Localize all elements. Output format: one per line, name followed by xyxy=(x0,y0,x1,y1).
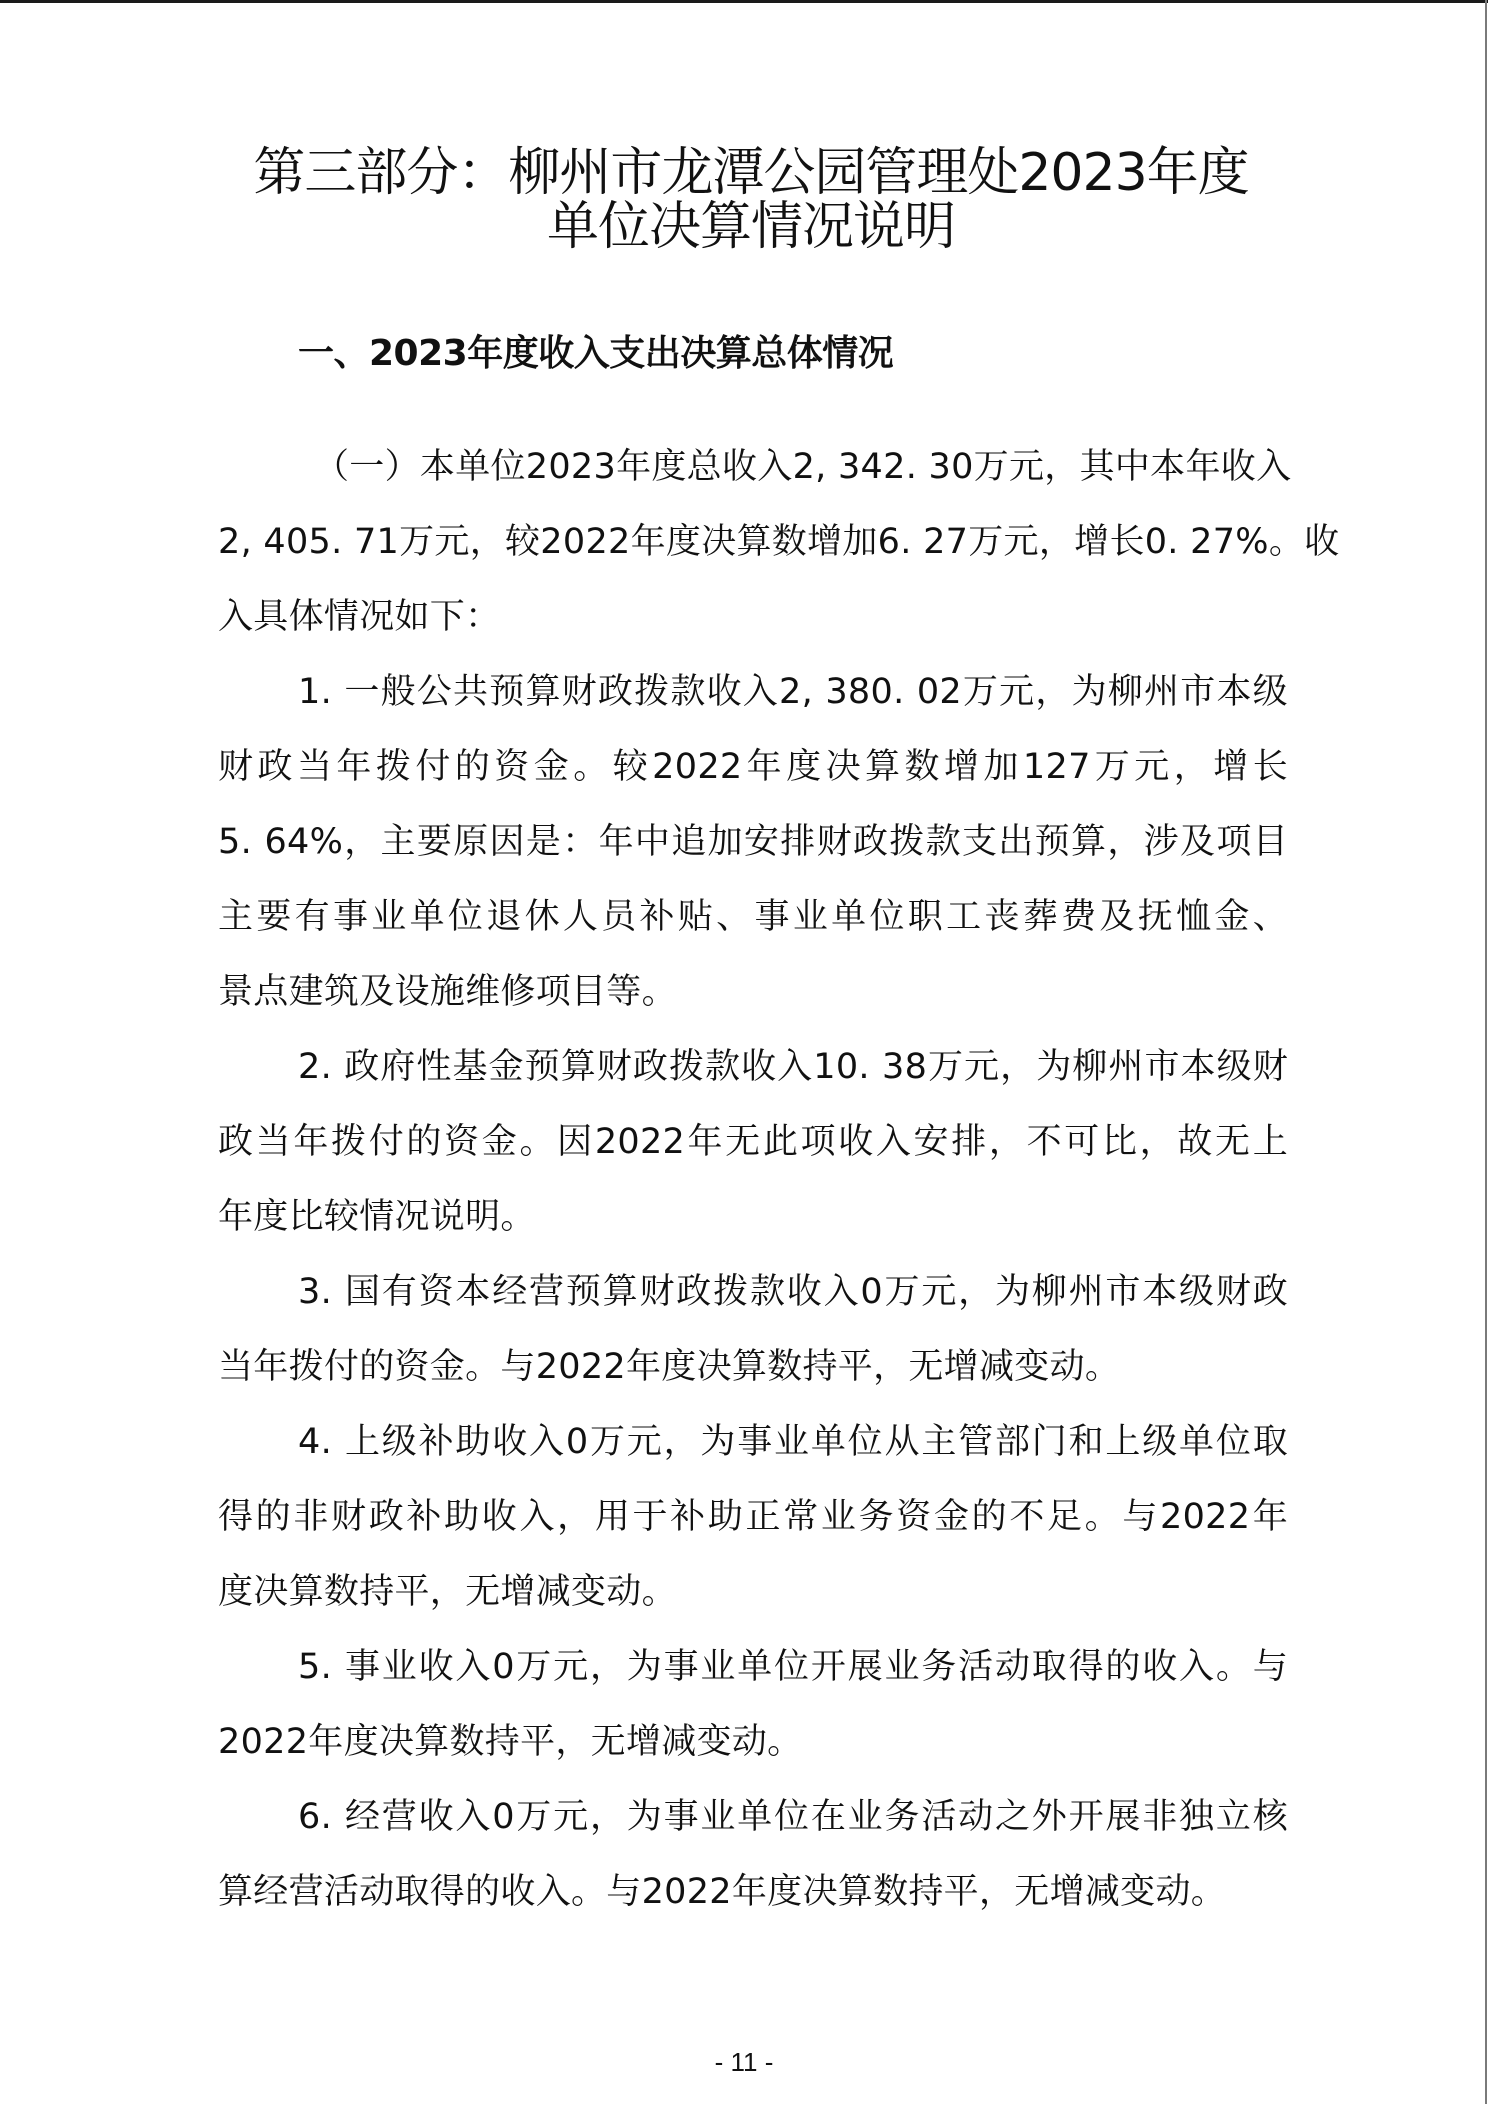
paragraph-line: 财政当年拨付的资金。较2022年度决算数增加127万元，增长 xyxy=(218,730,1288,805)
paragraph-total-income: （一）本单位2023年度总收入2, 342. 30万元，其中本年收入 2, 40… xyxy=(218,430,1288,655)
paragraph-state-capital: 3. 国有资本经营预算财政拨款收入0万元，为柳州市本级财政 当年拨付的资金。与2… xyxy=(218,1255,1288,1405)
paragraph-line: （一）本单位2023年度总收入2, 342. 30万元，其中本年收入 xyxy=(218,430,1288,505)
paragraph-line: 得的非财政补助收入，用于补助正常业务资金的不足。与2022年 xyxy=(218,1480,1288,1555)
paragraph-line: 6. 经营收入0万元，为事业单位在业务活动之外开展非独立核 xyxy=(218,1780,1288,1855)
document-title: 第三部分：柳州市龙潭公园管理处2023年度 单位决算情况说明 xyxy=(200,146,1302,254)
paragraph-line: 年度比较情况说明。 xyxy=(218,1180,1288,1255)
page-top-border xyxy=(0,0,1488,3)
paragraph-line: 算经营活动取得的收入。与2022年度决算数持平，无增减变动。 xyxy=(218,1855,1288,1930)
page-right-border xyxy=(1485,0,1487,2104)
document-title-line-1: 第三部分：柳州市龙潭公园管理处2023年度 xyxy=(200,146,1302,200)
paragraph-line: 3. 国有资本经营预算财政拨款收入0万元，为柳州市本级财政 xyxy=(218,1255,1288,1330)
paragraph-line: 2022年度决算数持平，无增减变动。 xyxy=(218,1705,1288,1780)
paragraph-line: 当年拨付的资金。与2022年度决算数持平，无增减变动。 xyxy=(218,1330,1288,1405)
paragraph-line: 度决算数持平，无增减变动。 xyxy=(218,1555,1288,1630)
paragraph-line: 政当年拨付的资金。因2022年无此项收入安排，不可比，故无上 xyxy=(218,1105,1288,1180)
page-number: - 11 - xyxy=(0,2044,1488,2080)
paragraph-line: 5. 事业收入0万元，为事业单位开展业务活动取得的收入。与 xyxy=(218,1630,1288,1705)
section-heading: 一、2023年度收入支出决算总体情况 xyxy=(298,330,893,378)
paragraph-line: 入具体情况如下： xyxy=(218,580,1288,655)
paragraph-superior-subsidy: 4. 上级补助收入0万元，为事业单位从主管部门和上级单位取 得的非财政补助收入，… xyxy=(218,1405,1288,1630)
paragraph-line: 1. 一般公共预算财政拨款收入2, 380. 02万元，为柳州市本级 xyxy=(218,655,1288,730)
paragraph-line: 2. 政府性基金预算财政拨款收入10. 38万元，为柳州市本级财 xyxy=(218,1030,1288,1105)
paragraph-line: 景点建筑及设施维修项目等。 xyxy=(218,955,1288,1030)
paragraph-line: 2, 405. 71万元，较2022年度决算数增加6. 27万元，增长0. 27… xyxy=(218,505,1288,580)
paragraph-general-public-budget: 1. 一般公共预算财政拨款收入2, 380. 02万元，为柳州市本级 财政当年拨… xyxy=(218,655,1288,1030)
paragraph-line: 5. 64%，主要原因是：年中追加安排财政拨款支出预算，涉及项目 xyxy=(218,805,1288,880)
paragraph-government-fund: 2. 政府性基金预算财政拨款收入10. 38万元，为柳州市本级财 政当年拨付的资… xyxy=(218,1030,1288,1255)
paragraph-operating-income: 6. 经营收入0万元，为事业单位在业务活动之外开展非独立核 算经营活动取得的收入… xyxy=(218,1780,1288,1930)
paragraph-line: 主要有事业单位退休人员补贴、事业单位职工丧葬费及抚恤金、 xyxy=(218,880,1288,955)
paragraph-business-income: 5. 事业收入0万元，为事业单位开展业务活动取得的收入。与 2022年度决算数持… xyxy=(218,1630,1288,1780)
document-title-line-2: 单位决算情况说明 xyxy=(200,200,1302,254)
paragraph-line: 4. 上级补助收入0万元，为事业单位从主管部门和上级单位取 xyxy=(218,1405,1288,1480)
